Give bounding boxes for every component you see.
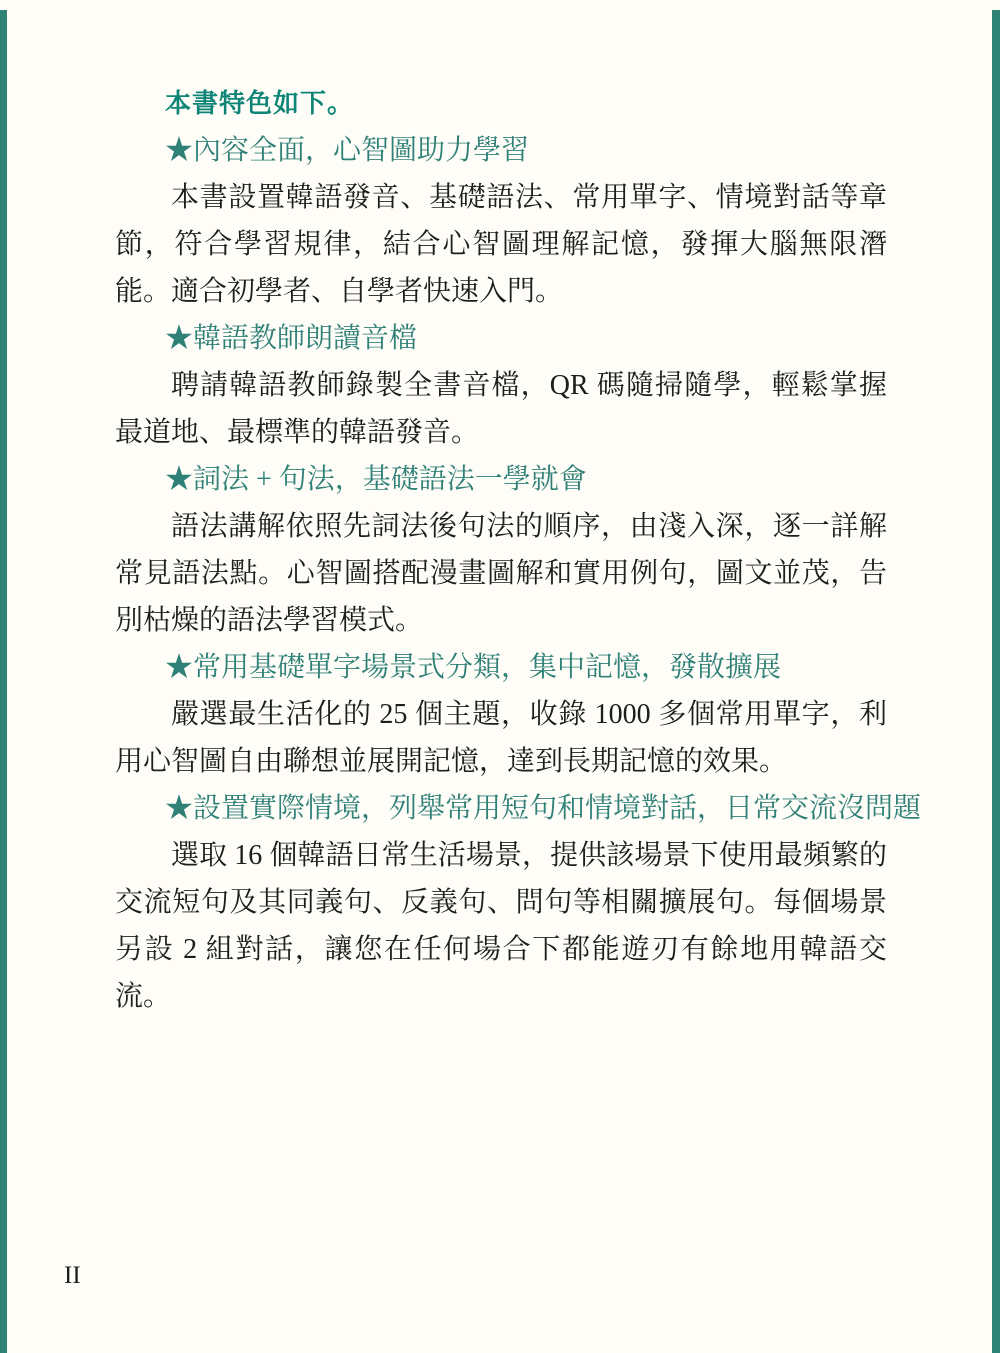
feature-section: ★常用基礎單字場景式分類，集中記憶，發散擴展 嚴選最生活化的 25 個主題，收錄… (115, 644, 887, 785)
feature-heading: ★詞法 + 句法，基礎語法一學就會 (115, 456, 887, 503)
feature-section: ★韓語教師朗讀音檔 聘請韓語教師錄製全書音檔，QR 碼隨掃隨學，輕鬆掌握最道地、… (115, 315, 887, 456)
page-content: 本書特色如下。 ★內容全面，心智圖助力學習 本書設置韓語發音、基礎語法、常用單字… (115, 80, 887, 1020)
feature-section: ★詞法 + 句法，基礎語法一學就會 語法講解依照先詞法後句法的順序，由淺入深，逐… (115, 456, 887, 644)
feature-heading: ★常用基礎單字場景式分類，集中記憶，發散擴展 (115, 644, 887, 691)
feature-heading: ★內容全面，心智圖助力學習 (115, 127, 887, 174)
feature-heading: ★設置實際情境，列舉常用短句和情境對話，日常交流沒問題 (115, 785, 887, 832)
feature-heading: ★韓語教師朗讀音檔 (115, 315, 887, 362)
feature-paragraph: 本書設置韓語發音、基礎語法、常用單字、情境對話等章節，符合學習規律，結合心智圖理… (115, 174, 887, 315)
right-edge-bar (992, 10, 1000, 1353)
feature-section: ★設置實際情境，列舉常用短句和情境對話，日常交流沒問題 選取 16 個韓語日常生… (115, 785, 887, 1020)
left-edge-bar (0, 10, 7, 1353)
feature-paragraph: 聘請韓語教師錄製全書音檔，QR 碼隨掃隨學，輕鬆掌握最道地、最標準的韓語發音。 (115, 362, 887, 456)
page-title: 本書特色如下。 (115, 80, 887, 127)
feature-paragraph: 選取 16 個韓語日常生活場景，提供該場景下使用最頻繁的交流短句及其同義句、反義… (115, 832, 887, 1020)
page-number: II (64, 1262, 81, 1290)
feature-paragraph: 嚴選最生活化的 25 個主題，收錄 1000 多個常用單字，利用心智圖自由聯想並… (115, 691, 887, 785)
feature-section: ★內容全面，心智圖助力學習 本書設置韓語發音、基礎語法、常用單字、情境對話等章節… (115, 127, 887, 315)
feature-paragraph: 語法講解依照先詞法後句法的順序，由淺入深，逐一詳解常見語法點。心智圖搭配漫畫圖解… (115, 503, 887, 644)
